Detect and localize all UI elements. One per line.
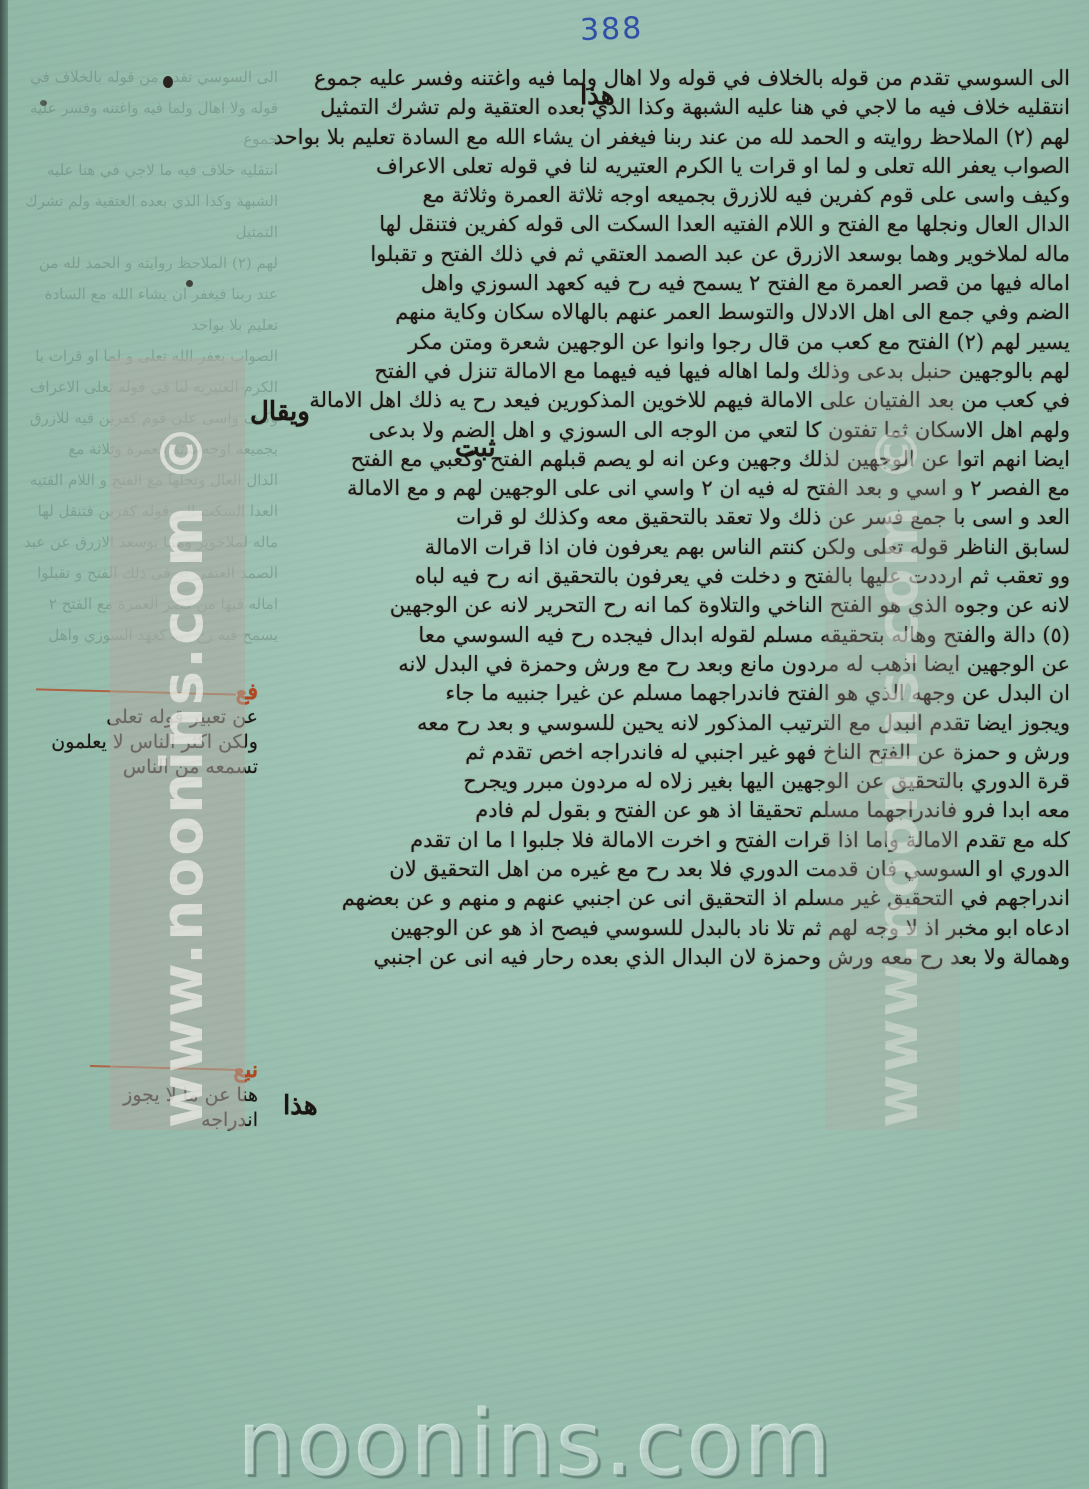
text-line: الى السوسي تقدم من قوله بالخلاف في قوله … [270,64,1070,93]
text-line: الصواب يعفر الله تعلى و لما او قرات يا ا… [270,152,1070,181]
watermark-text: www.noonins.com © [148,422,216,1128]
ink-spot [40,100,47,106]
text-line: يسير لهم (٢) الفتح مع كعب من قال رجوا وا… [270,328,1070,357]
text-line: وكيف واسى على قوم كفرين فيه للازرق بجميع… [270,181,1070,210]
text-line: لهم (٢) الملاحظ روايته و الحمد لله من عن… [270,123,1070,152]
ink-spot [163,76,173,88]
manuscript-page: 388 الى السوسي تقدم من قوله بالخلاف في ق… [0,0,1089,1489]
rubric-word: هذا [283,1094,318,1119]
watermark-band-right: www.noonins.com © [825,358,960,1130]
folio-number: 388 [579,11,643,48]
ink-spot [186,280,193,287]
rubric-word: هذا [580,84,615,109]
text-line: الضم وفي جمع الى اهل الادلال والتوسط الع… [270,298,1070,327]
text-line: اماله فيها من قصر العمرة مع الفتح ٢ يسمح… [270,269,1070,298]
binding-edge [0,0,8,1489]
watermark-text: www.noonins.com © [863,422,931,1128]
text-line: ماله لملاخوير وهما بوسعد الازرق عن عبد ا… [270,240,1070,269]
rubric-word: ثبت [455,436,496,461]
footer-watermark: noonins.com [238,1392,834,1489]
watermark-band-left: www.noonins.com © [110,358,245,1130]
text-line: انتقليه خلاف فيه ما لاجي في هنا عليه الش… [270,93,1070,122]
rubric-word: ويقال [250,400,310,425]
text-line: الدال العال ونجلها مع الفتح و اللام الفت… [270,210,1070,239]
